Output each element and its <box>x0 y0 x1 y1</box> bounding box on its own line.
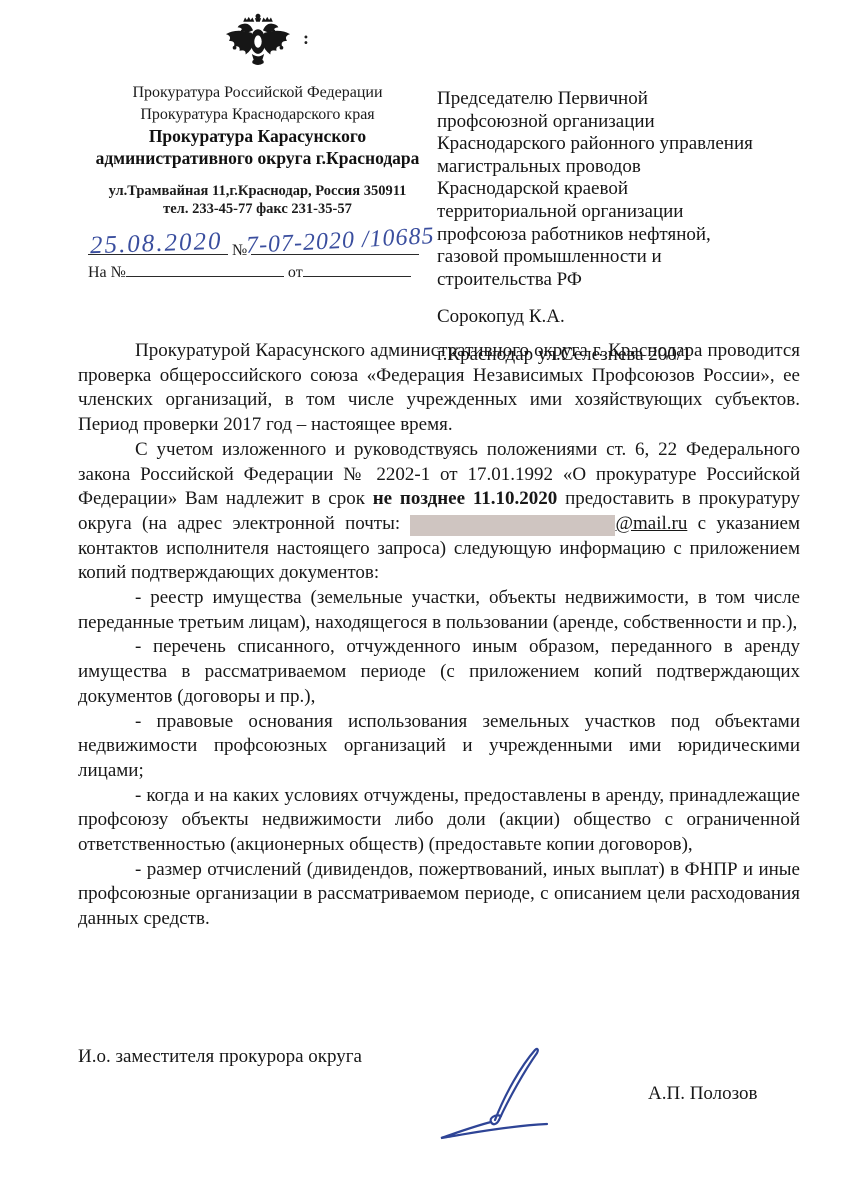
letter-body: Прокуратурой Карасунского административн… <box>78 339 800 932</box>
org-name-district-1: Прокуратура Карасунского <box>85 125 430 147</box>
incoming-ref-row: На № от <box>88 262 411 282</box>
list-item-land-grounds: - правовые основания использования земел… <box>78 710 800 784</box>
deadline-bold: не позднее 11.10.2020 <box>373 488 558 509</box>
recipient-block: Председателю Первичной профсоюзной орган… <box>437 88 822 367</box>
emblem-area: : <box>85 10 430 82</box>
address-block: ул.Трамвайная 11,г.Краснодар, Россия 350… <box>85 183 430 218</box>
from-blank-line <box>303 262 411 277</box>
reference-number-form: № 25.08.2020 7-07-2020 /10685 На № от <box>85 226 430 284</box>
email-domain: @mail.ru <box>615 513 687 534</box>
recipient-line: профсоюза работников нефтяной, <box>437 224 822 247</box>
phone-fax: тел. 233-45-77 факс 231-35-57 <box>85 201 430 219</box>
outgoing-ref-row: № 25.08.2020 7-07-2020 /10685 <box>88 240 419 260</box>
signer-title: И.о. заместителя прокурора округа <box>78 1046 362 1068</box>
reply-blank-line <box>126 262 284 277</box>
coat-of-arms-icon <box>221 10 295 78</box>
list-item-property-register: - реестр имущества (земельные участки, о… <box>78 586 800 635</box>
scanned-letter-page: : Прокуратура Российской Федерации Проку… <box>0 0 845 1200</box>
letterhead: : Прокуратура Российской Федерации Проку… <box>85 10 430 284</box>
recipient-line: Краснодарского районного управления <box>437 133 822 156</box>
street-address: ул.Трамвайная 11,г.Краснодар, Россия 350… <box>85 183 430 201</box>
paragraph-inspection-notice: Прокуратурой Карасунского административн… <box>78 339 800 438</box>
paragraph-legal-demand: С учетом изложенного и руководствуясь по… <box>78 438 800 586</box>
org-name-federation: Прокуратура Российской Федерации <box>85 82 430 104</box>
handwritten-signature <box>425 1042 590 1147</box>
from-label: от <box>288 264 303 281</box>
recipient-line: магистральных проводов <box>437 156 822 179</box>
redacted-email-box <box>410 515 615 536</box>
reply-label: На № <box>88 264 126 281</box>
recipient-line: Краснодарской краевой <box>437 178 822 201</box>
recipient-person-name: Сорокопуд К.А. <box>437 306 822 329</box>
org-name-district-2: административного округа г.Краснодара <box>85 147 430 169</box>
list-item-disposed-property: - перечень списанного, отчужденного иным… <box>78 635 800 709</box>
list-item-alienation-terms: - когда и на каких условиях отчуждены, п… <box>78 784 800 858</box>
scan-artifact-colon: : <box>303 28 309 49</box>
list-item-deductions: - размер отчислений (дивидендов, пожертв… <box>78 858 800 932</box>
recipient-line: профсоюзной организации <box>437 111 822 134</box>
handwritten-date: 25.08.2020 <box>90 228 223 261</box>
recipient-line: Председателю Первичной <box>437 88 822 111</box>
recipient-line: газовой промышленности и <box>437 246 822 269</box>
recipient-line: строительства РФ <box>437 269 822 292</box>
org-name-krai: Прокуратура Краснодарского края <box>85 104 430 126</box>
recipient-line: территориальной организации <box>437 201 822 224</box>
signer-name: А.П. Полозов <box>648 1083 758 1105</box>
